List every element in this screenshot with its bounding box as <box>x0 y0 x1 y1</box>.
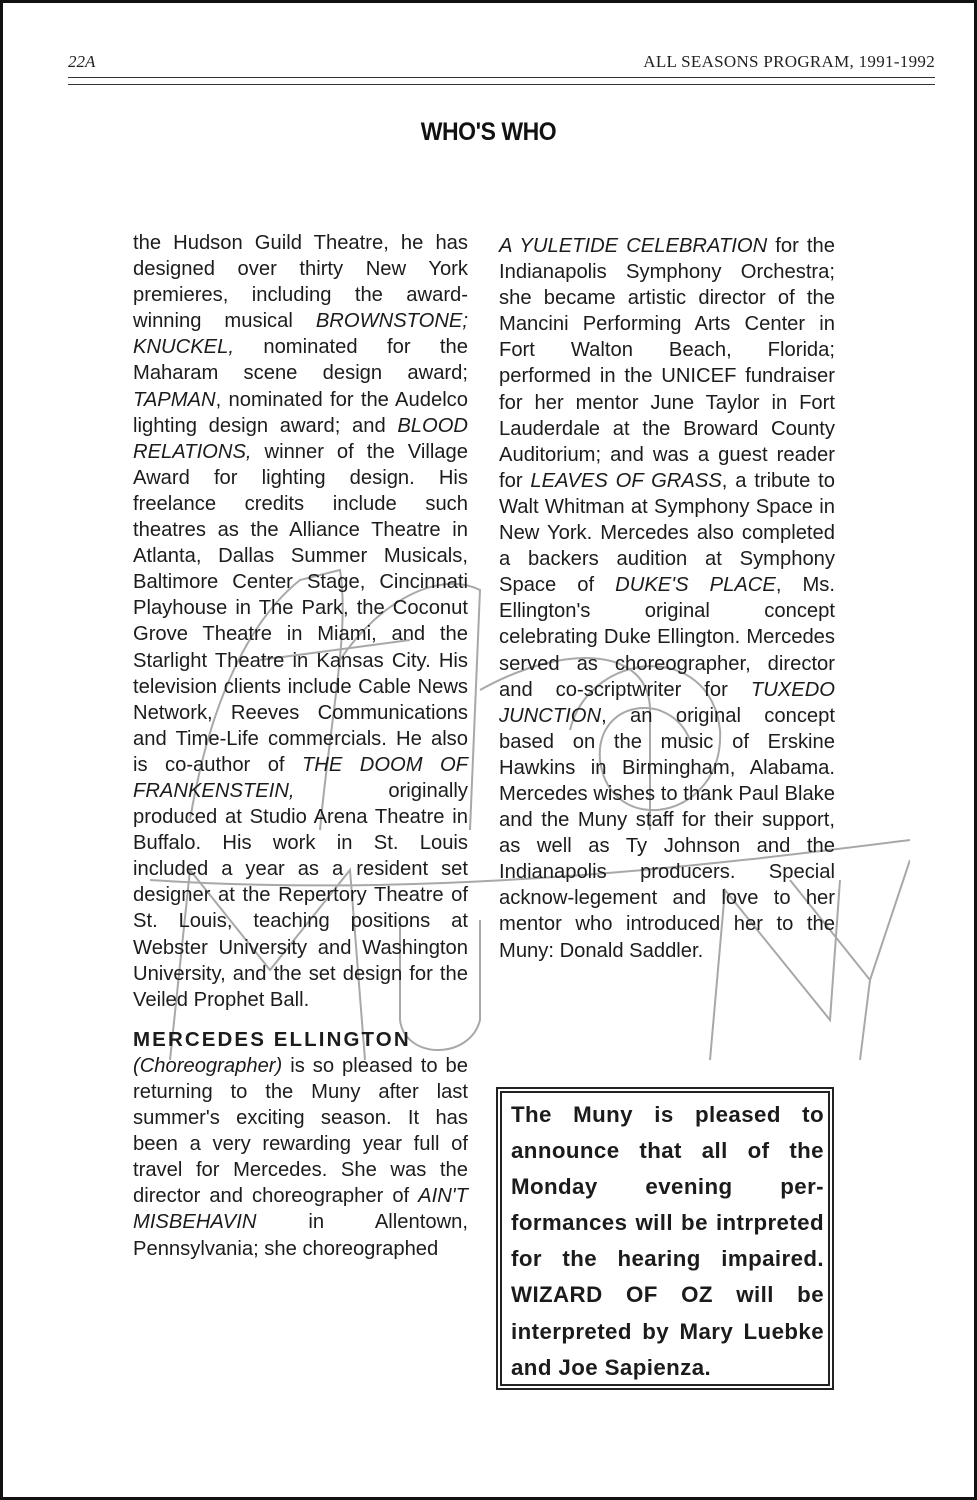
page-number: 22A <box>68 52 95 72</box>
section-title: WHO'S WHO <box>39 118 938 147</box>
announcement-inner-border: The Muny is pleased to announce that all… <box>500 1091 830 1386</box>
body-text: winner of the Village Award for lighting… <box>133 441 468 776</box>
body-text: for the Indianapolis Symphony Orchestra;… <box>499 235 835 492</box>
bio-mercedes-ellington-continuation: A YULETIDE CELEBRATION for the Indianapo… <box>499 233 835 964</box>
body-text: originally produced at Studio Arena Thea… <box>133 780 468 1011</box>
bio-name-mercedes-ellington: MERCEDES ELLINGTON <box>133 1027 468 1053</box>
italic-title-text: (Choreographer) <box>133 1055 282 1077</box>
body-text: , an original concept based on the music… <box>499 705 835 962</box>
header-rule-bottom <box>68 84 935 85</box>
announcement-text: The Muny is pleased to announce that all… <box>511 1097 824 1386</box>
right-column: A YULETIDE CELEBRATION for the Indianapo… <box>499 233 835 964</box>
italic-title-text: A YULETIDE CELEBRATION <box>499 235 767 257</box>
header-rule-top <box>68 77 935 78</box>
italic-title-text: TAPMAN <box>133 389 216 411</box>
bio-mercedes-ellington-start: (Choreographer) is so pleased to be retu… <box>133 1053 468 1262</box>
bio-continuation-set-designer: the Hudson Guild Theatre, he has designe… <box>133 230 468 1013</box>
announcement-box: The Muny is pleased to announce that all… <box>496 1087 834 1390</box>
italic-title-text: DUKE'S PLACE <box>615 574 776 596</box>
publication-title: ALL SEASONS PROGRAM, 1991-1992 <box>643 52 935 72</box>
italic-title-text: LEAVES OF GRASS <box>530 470 721 492</box>
running-header: 22A ALL SEASONS PROGRAM, 1991-1992 <box>68 52 935 76</box>
left-column: the Hudson Guild Theatre, he has designe… <box>133 230 468 1262</box>
